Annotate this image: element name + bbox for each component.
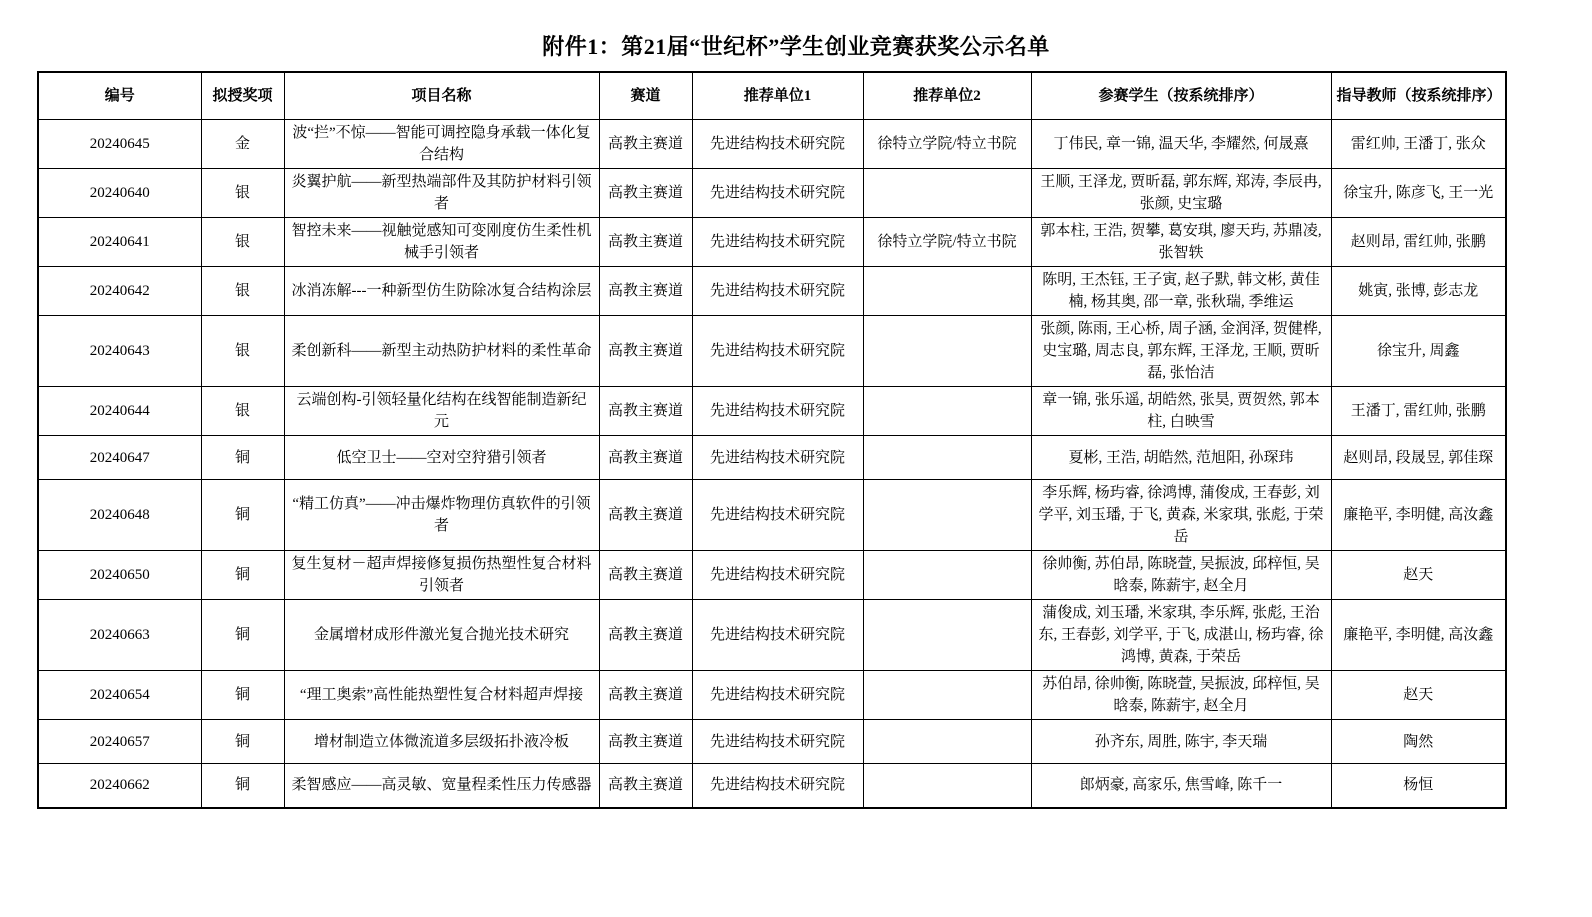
cell-rec2 (863, 480, 1031, 551)
cell-students: 丁伟民, 章一锦, 温天华, 李耀然, 何晟熹 (1031, 120, 1331, 169)
cell-award: 银 (201, 387, 284, 436)
cell-award: 银 (201, 267, 284, 316)
cell-teachers: 姚寅, 张博, 彭志龙 (1331, 267, 1506, 316)
cell-teachers: 赵天 (1331, 551, 1506, 600)
cell-track: 高教主赛道 (599, 551, 692, 600)
cell-rec2 (863, 387, 1031, 436)
table-row: 20240654铜“理工奥索”高性能热塑性复合材料超声焊接高教主赛道先进结构技术… (38, 671, 1506, 720)
column-header-students: 参赛学生（按系统排序） (1031, 72, 1331, 120)
cell-project: 低空卫士——空对空狩猎引领者 (284, 436, 599, 480)
table-row: 20240640银炎翼护航——新型热端部件及其防护材料引领者高教主赛道先进结构技… (38, 169, 1506, 218)
table-row: 20240645金波“拦”不惊——智能可调控隐身承载一体化复合结构高教主赛道先进… (38, 120, 1506, 169)
cell-students: 孙齐东, 周胜, 陈宇, 李天瑞 (1031, 720, 1331, 764)
cell-rec1: 先进结构技术研究院 (692, 551, 863, 600)
cell-rec1: 先进结构技术研究院 (692, 720, 863, 764)
cell-project: “理工奥索”高性能热塑性复合材料超声焊接 (284, 671, 599, 720)
table-row: 20240657铜增材制造立体微流道多层级拓扑液冷板高教主赛道先进结构技术研究院… (38, 720, 1506, 764)
cell-track: 高教主赛道 (599, 764, 692, 808)
cell-track: 高教主赛道 (599, 218, 692, 267)
cell-award: 铜 (201, 764, 284, 808)
cell-id: 20240662 (38, 764, 201, 808)
cell-id: 20240647 (38, 436, 201, 480)
column-header-award: 拟授奖项 (201, 72, 284, 120)
cell-teachers: 赵天 (1331, 671, 1506, 720)
cell-project: 增材制造立体微流道多层级拓扑液冷板 (284, 720, 599, 764)
cell-id: 20240644 (38, 387, 201, 436)
cell-award: 铜 (201, 720, 284, 764)
table-row: 20240662铜柔智感应——高灵敏、宽量程柔性压力传感器高教主赛道先进结构技术… (38, 764, 1506, 808)
cell-rec1: 先进结构技术研究院 (692, 480, 863, 551)
cell-rec2 (863, 316, 1031, 387)
cell-track: 高教主赛道 (599, 120, 692, 169)
table-row: 20240648铜“精工仿真”——冲击爆炸物理仿真软件的引领者高教主赛道先进结构… (38, 480, 1506, 551)
cell-track: 高教主赛道 (599, 436, 692, 480)
cell-project: 波“拦”不惊——智能可调控隐身承载一体化复合结构 (284, 120, 599, 169)
cell-teachers: 陶然 (1331, 720, 1506, 764)
cell-rec1: 先进结构技术研究院 (692, 436, 863, 480)
cell-rec2 (863, 671, 1031, 720)
cell-track: 高教主赛道 (599, 480, 692, 551)
cell-teachers: 赵则昂, 段晟昱, 郭佳琛 (1331, 436, 1506, 480)
cell-students: 李乐辉, 杨玙睿, 徐鸿博, 蒲俊成, 王春彭, 刘学平, 刘玉璠, 于飞, 黄… (1031, 480, 1331, 551)
cell-award: 银 (201, 218, 284, 267)
cell-project: 冰消冻解---一种新型仿生防除冰复合结构涂层 (284, 267, 599, 316)
cell-students: 张颜, 陈雨, 王心桥, 周子涵, 金润泽, 贺健桦, 史宝璐, 周志良, 郭东… (1031, 316, 1331, 387)
table-header: 编号拟授奖项项目名称赛道推荐单位1推荐单位2参赛学生（按系统排序）指导教师（按系… (38, 72, 1506, 120)
cell-teachers: 徐宝升, 周鑫 (1331, 316, 1506, 387)
page-title: 附件1：第21届“世纪杯”学生创业竞赛获奖公示名单 (0, 0, 1592, 71)
cell-id: 20240648 (38, 480, 201, 551)
cell-id: 20240657 (38, 720, 201, 764)
cell-track: 高教主赛道 (599, 267, 692, 316)
cell-rec2: 徐特立学院/特立书院 (863, 218, 1031, 267)
cell-award: 银 (201, 316, 284, 387)
cell-rec1: 先进结构技术研究院 (692, 120, 863, 169)
awards-table: 编号拟授奖项项目名称赛道推荐单位1推荐单位2参赛学生（按系统排序）指导教师（按系… (37, 71, 1507, 809)
cell-rec1: 先进结构技术研究院 (692, 671, 863, 720)
cell-students: 苏伯昂, 徐帅衡, 陈晓萱, 吴振波, 邱梓恒, 吴晗泰, 陈薪宇, 赵全月 (1031, 671, 1331, 720)
cell-teachers: 王潘丁, 雷红帅, 张鹏 (1331, 387, 1506, 436)
cell-project: 柔创新科——新型主动热防护材料的柔性革命 (284, 316, 599, 387)
cell-rec1: 先进结构技术研究院 (692, 600, 863, 671)
cell-award: 铜 (201, 551, 284, 600)
cell-id: 20240640 (38, 169, 201, 218)
cell-id: 20240654 (38, 671, 201, 720)
cell-id: 20240643 (38, 316, 201, 387)
cell-students: 郎炳豪, 高家乐, 焦雪峰, 陈千一 (1031, 764, 1331, 808)
cell-teachers: 雷红帅, 王潘丁, 张众 (1331, 120, 1506, 169)
cell-rec2 (863, 720, 1031, 764)
cell-rec1: 先进结构技术研究院 (692, 169, 863, 218)
table-row: 20240641银智控未来——视触觉感知可变刚度仿生柔性机械手引领者高教主赛道先… (38, 218, 1506, 267)
column-header-id: 编号 (38, 72, 201, 120)
table-row: 20240642银冰消冻解---一种新型仿生防除冰复合结构涂层高教主赛道先进结构… (38, 267, 1506, 316)
table-row: 20240643银柔创新科——新型主动热防护材料的柔性革命高教主赛道先进结构技术… (38, 316, 1506, 387)
cell-rec1: 先进结构技术研究院 (692, 316, 863, 387)
cell-id: 20240641 (38, 218, 201, 267)
cell-rec1: 先进结构技术研究院 (692, 267, 863, 316)
column-header-rec2: 推荐单位2 (863, 72, 1031, 120)
cell-teachers: 廉艳平, 李明健, 高汝鑫 (1331, 480, 1506, 551)
cell-students: 王顺, 王泽龙, 贾昕磊, 郭东辉, 郑涛, 李辰冉, 张颜, 史宝璐 (1031, 169, 1331, 218)
cell-students: 夏彬, 王浩, 胡皓然, 范旭阳, 孙琛玮 (1031, 436, 1331, 480)
cell-project: 金属增材成形件激光复合抛光技术研究 (284, 600, 599, 671)
cell-project: 复生复材－超声焊接修复损伤热塑性复合材料引领者 (284, 551, 599, 600)
column-header-project: 项目名称 (284, 72, 599, 120)
cell-rec2 (863, 600, 1031, 671)
cell-award: 银 (201, 169, 284, 218)
cell-track: 高教主赛道 (599, 600, 692, 671)
cell-rec1: 先进结构技术研究院 (692, 218, 863, 267)
cell-rec2 (863, 551, 1031, 600)
column-header-teachers: 指导教师（按系统排序） (1331, 72, 1506, 120)
cell-students: 郭本柱, 王浩, 贺攀, 葛安琪, 廖天玙, 苏鼎凌, 张智轶 (1031, 218, 1331, 267)
table-body: 20240645金波“拦”不惊——智能可调控隐身承载一体化复合结构高教主赛道先进… (38, 120, 1506, 808)
table-row: 20240650铜复生复材－超声焊接修复损伤热塑性复合材料引领者高教主赛道先进结… (38, 551, 1506, 600)
cell-id: 20240663 (38, 600, 201, 671)
table-row: 20240647铜低空卫士——空对空狩猎引领者高教主赛道先进结构技术研究院夏彬,… (38, 436, 1506, 480)
cell-students: 蒲俊成, 刘玉璠, 米家琪, 李乐辉, 张彪, 王治东, 王春彭, 刘学平, 于… (1031, 600, 1331, 671)
cell-teachers: 赵则昂, 雷红帅, 张鹏 (1331, 218, 1506, 267)
column-header-rec1: 推荐单位1 (692, 72, 863, 120)
cell-rec2 (863, 169, 1031, 218)
cell-award: 铜 (201, 436, 284, 480)
table-header-row: 编号拟授奖项项目名称赛道推荐单位1推荐单位2参赛学生（按系统排序）指导教师（按系… (38, 72, 1506, 120)
cell-award: 金 (201, 120, 284, 169)
cell-students: 章一锦, 张乐遥, 胡皓然, 张昊, 贾贺然, 郭本柱, 白映雪 (1031, 387, 1331, 436)
document-page: 附件1：第21届“世纪杯”学生创业竞赛获奖公示名单 编号拟授奖项项目名称赛道推荐… (0, 0, 1592, 917)
cell-rec2 (863, 764, 1031, 808)
cell-project: 云端创构-引领轻量化结构在线智能制造新纪元 (284, 387, 599, 436)
cell-rec2 (863, 436, 1031, 480)
table-row: 20240663铜金属增材成形件激光复合抛光技术研究高教主赛道先进结构技术研究院… (38, 600, 1506, 671)
cell-teachers: 徐宝升, 陈彦飞, 王一光 (1331, 169, 1506, 218)
cell-teachers: 杨恒 (1331, 764, 1506, 808)
cell-rec2 (863, 267, 1031, 316)
cell-project: 智控未来——视触觉感知可变刚度仿生柔性机械手引领者 (284, 218, 599, 267)
cell-track: 高教主赛道 (599, 387, 692, 436)
cell-project: “精工仿真”——冲击爆炸物理仿真软件的引领者 (284, 480, 599, 551)
cell-project: 柔智感应——高灵敏、宽量程柔性压力传感器 (284, 764, 599, 808)
cell-rec1: 先进结构技术研究院 (692, 764, 863, 808)
table-row: 20240644银云端创构-引领轻量化结构在线智能制造新纪元高教主赛道先进结构技… (38, 387, 1506, 436)
cell-students: 陈明, 王杰钰, 王子寅, 赵子默, 韩文彬, 黄佳楠, 杨其奥, 邵一章, 张… (1031, 267, 1331, 316)
cell-id: 20240650 (38, 551, 201, 600)
cell-id: 20240642 (38, 267, 201, 316)
column-header-track: 赛道 (599, 72, 692, 120)
cell-project: 炎翼护航——新型热端部件及其防护材料引领者 (284, 169, 599, 218)
cell-students: 徐帅衡, 苏伯昂, 陈晓萱, 吴振波, 邱梓恒, 吴晗泰, 陈薪宇, 赵全月 (1031, 551, 1331, 600)
cell-rec1: 先进结构技术研究院 (692, 387, 863, 436)
cell-award: 铜 (201, 671, 284, 720)
cell-award: 铜 (201, 480, 284, 551)
cell-award: 铜 (201, 600, 284, 671)
cell-rec2: 徐特立学院/特立书院 (863, 120, 1031, 169)
cell-track: 高教主赛道 (599, 316, 692, 387)
cell-track: 高教主赛道 (599, 671, 692, 720)
cell-track: 高教主赛道 (599, 169, 692, 218)
cell-id: 20240645 (38, 120, 201, 169)
cell-teachers: 廉艳平, 李明健, 高汝鑫 (1331, 600, 1506, 671)
cell-track: 高教主赛道 (599, 720, 692, 764)
